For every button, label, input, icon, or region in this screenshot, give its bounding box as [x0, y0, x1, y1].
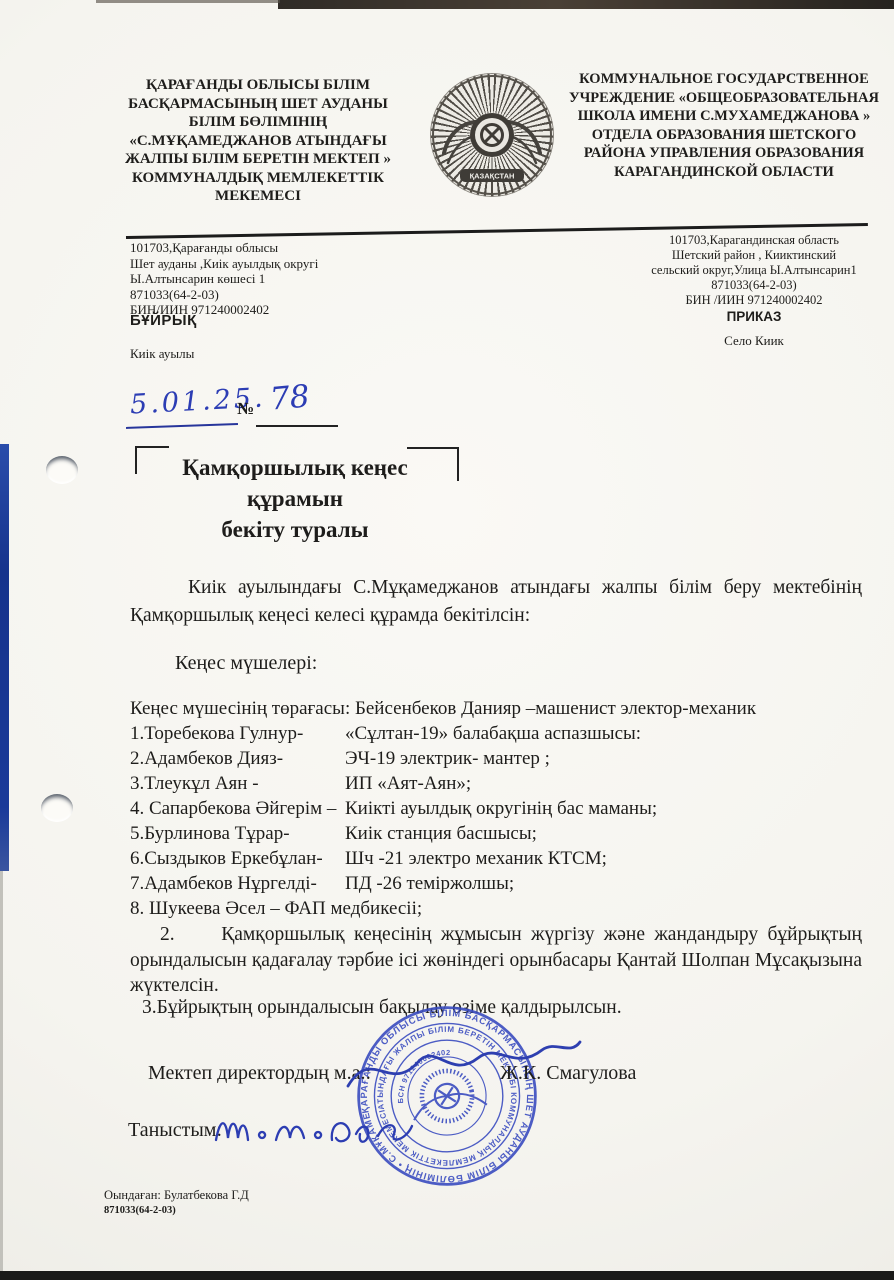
member-role: ПД -26 теміржолшы; — [345, 871, 875, 896]
paragraph-2: 2. Қамқоршылық кеңесінің жұмысын жүргізу… — [130, 922, 862, 999]
member-row: 3.Тлеукұл Аян - ИП «Аят-Аян»; — [130, 771, 875, 796]
handwritten-order-number: 78 — [269, 378, 311, 417]
member-name: 7.Адамбеков Нұргелді- — [130, 871, 345, 896]
member-row: 4. Сапарбекова Әйгерім – Киікті ауылдық … — [130, 796, 875, 821]
date-underline — [126, 423, 238, 429]
scan-left-edge-line — [0, 871, 3, 1271]
place-kazakh: Киік ауылы — [130, 346, 194, 362]
address-kazakh: 101703,Қарағанды облысы Шет ауданы ,Киік… — [130, 240, 430, 318]
members-heading: Кеңес мүшелері: — [130, 652, 317, 675]
scan-top-edge-artifact-thin — [96, 0, 280, 3]
members-list: Кеңес мүшесінің төрағасы: Бейсенбеков Да… — [130, 696, 875, 921]
emblem-banner-text: ҚАЗАҚСТАН — [470, 172, 515, 181]
doc-type-kazakh: БҰЙРЫҚ — [130, 312, 197, 329]
acquainted-handwritten-signature — [210, 1100, 420, 1158]
member-row: 5.Бурлинова Тұрар- Киік станция басшысы; — [130, 821, 875, 846]
member-role: ИП «Аят-Аян»; — [345, 771, 875, 796]
executor-line: Оындаған: Булатбекова Г.Д — [104, 1188, 249, 1203]
scanned-document-page: ҚАРАҒАНДЫ ОБЛЫСЫ БІЛІМ БАСҚАРМАСЫНЫҢ ШЕТ… — [0, 0, 894, 1280]
member-role: Киікті ауылдық округінің бас маманы; — [345, 796, 875, 821]
director-handwritten-signature — [338, 1028, 588, 1103]
member-role: «Сұлтан-19» балабақша аспазшысы: — [345, 721, 875, 746]
member-role: Шч -21 электро механик КТСМ; — [345, 846, 875, 871]
member-name: 4. Сапарбекова Әйгерім – — [130, 796, 345, 821]
hole-punch-top — [46, 456, 78, 484]
member-name: 2.Адамбеков Дияз- — [130, 746, 345, 771]
number-underline — [256, 425, 338, 427]
member-row: 1.Торебекова Гулнур- «Сұлтан-19» балабақ… — [130, 721, 875, 746]
member-name: 1.Торебекова Гулнур- — [130, 721, 345, 746]
chairman-line: Кеңес мүшесінің төрағасы: Бейсенбеков Да… — [130, 696, 875, 721]
member-role: Киік станция басшысы; — [345, 821, 875, 846]
member-row: 7.Адамбеков Нұргелді- ПД -26 теміржолшы; — [130, 871, 875, 896]
member-row: 6.Сыздыков Еркебұлан- Шч -21 электро мех… — [130, 846, 875, 871]
hole-punch-bottom — [41, 794, 73, 822]
number-sign: № — [237, 399, 254, 419]
scan-bottom-edge-artifact — [0, 1271, 894, 1280]
member-name: 6.Сыздыков Еркебұлан- — [130, 846, 345, 871]
member-role: ЭЧ-19 электрик- мантер ; — [345, 746, 875, 771]
org-name-kazakh: ҚАРАҒАНДЫ ОБЛЫСЫ БІЛІМ БАСҚАРМАСЫНЫҢ ШЕТ… — [88, 76, 428, 206]
order-title: Қамқоршылық кеңес құрамын бекіту туралы — [140, 452, 450, 545]
member-name: 5.Бурлинова Тұрар- — [130, 821, 345, 846]
place-russian: Село Киик — [614, 333, 894, 349]
address-russian: 101703,Карагандинская область Шетский ра… — [614, 233, 894, 308]
executor-phone: 871033(64-2-03) — [104, 1205, 176, 1216]
member-name: 3.Тлеукұл Аян - — [130, 771, 345, 796]
kazakhstan-coat-of-arms-icon: ҚАЗАҚСТАН — [430, 73, 554, 197]
scan-top-edge-artifact — [278, 0, 894, 9]
member-row-last: 8. Шукеева Әсел – ФАП медбикесіі; — [130, 896, 875, 921]
doc-type-russian: ПРИКАЗ — [614, 309, 894, 324]
paragraph-1: Киік ауылындағы С.Мұқамеджанов атындағы … — [130, 574, 862, 629]
acquainted-label: Таныстым: — [128, 1119, 222, 1142]
scan-left-blue-stripe — [0, 444, 9, 871]
org-name-russian: КОММУНАЛЬНОЕ ГОСУДАРСТВЕННОЕ УЧРЕЖДЕНИЕ … — [558, 70, 890, 181]
member-row: 2.Адамбеков Дияз- ЭЧ-19 электрик- мантер… — [130, 746, 875, 771]
